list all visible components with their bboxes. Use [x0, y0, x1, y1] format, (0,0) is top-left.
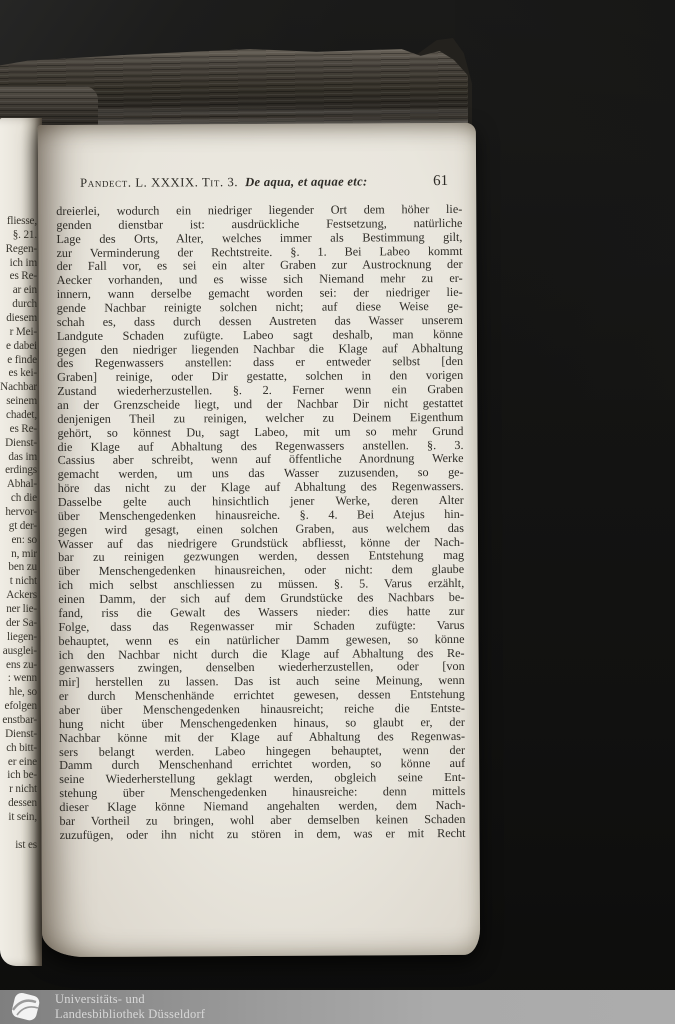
book-page: Pandect. L. XXXIX. Tit. 3. De aqua, et a… — [38, 123, 480, 957]
fragment-line: ch die — [0, 492, 42, 506]
fragment-line: durch — [0, 298, 42, 312]
fragment-line: Ackers — [0, 589, 42, 603]
fragment-line: e dabei — [0, 340, 42, 354]
fragment-line: ch bitt- — [0, 742, 42, 756]
fragment-line: ner lie- — [0, 603, 42, 617]
fragment-line: §. 21. — [0, 229, 42, 243]
page-body-text: dreierlei, wodurch ein niedriger liegend… — [56, 203, 465, 843]
fragment-line: erdings — [0, 464, 42, 478]
fragment-line: n, mir — [0, 548, 42, 562]
fragment-line: ben zu — [0, 561, 42, 575]
fragment-line: liegen- — [0, 631, 42, 645]
fragment-line: : wenn — [0, 672, 42, 686]
ulb-duesseldorf-logo-icon — [5, 991, 45, 1023]
fragment-line: ausglei- — [0, 645, 42, 659]
fragment-line: r nicht — [0, 783, 42, 797]
fragment-line: Nachbar — [0, 381, 42, 395]
fragment-line: ich be- — [0, 769, 42, 783]
running-header: Pandect. L. XXXIX. Tit. 3. De aqua, et a… — [80, 173, 462, 191]
watermark-line1: Universitäts- und — [55, 992, 205, 1007]
fragment-line: t nicht — [0, 575, 42, 589]
page-number: 61 — [433, 173, 462, 189]
fragment-line: das im — [0, 451, 42, 465]
fragment-line: ist es — [0, 839, 42, 853]
fragment-line: gt der- — [0, 520, 42, 534]
library-watermark-text: Universitäts- und Landesbibliothek Düsse… — [55, 992, 205, 1022]
library-watermark-bar: Universitäts- und Landesbibliothek Düsse… — [0, 990, 675, 1024]
fragment-line: Dienst- — [0, 728, 42, 742]
watermark-line2: Landesbibliothek Düsseldorf — [55, 1007, 205, 1022]
fragment-line: dessen — [0, 797, 42, 811]
previous-page-text-fragments: fliesse,§. 21.Regen-ich imes Re-ar eindu… — [0, 118, 42, 853]
fragment-line: chadet, — [0, 409, 42, 423]
fragment-line: es kei- — [0, 367, 42, 381]
fragment-line: diesem — [0, 312, 42, 326]
fragment-line: r Mei- — [0, 326, 42, 340]
fragment-line: efolgen — [0, 700, 42, 714]
running-title: Pandect. L. XXXIX. Tit. 3. — [80, 174, 238, 191]
fragment-line: enstbar- — [0, 714, 42, 728]
fragment-line: Regen- — [0, 243, 42, 257]
fragment-line: es Re- — [0, 423, 42, 437]
fragment-line — [0, 825, 42, 839]
fragment-line: en: so — [0, 534, 42, 548]
fragment-line: fliesse, — [0, 215, 42, 229]
fragment-line: hervor- — [0, 506, 42, 520]
fragment-line: ich im — [0, 257, 42, 271]
fragment-line: ens zu- — [0, 659, 42, 673]
previous-page-sliver: fliesse,§. 21.Regen-ich imes Re-ar eindu… — [0, 118, 42, 966]
fragment-line: es Re- — [0, 270, 42, 284]
fragment-line: der Sa- — [0, 617, 42, 631]
fragment-line: Abhal- — [0, 478, 42, 492]
scanned-book-viewer: fliesse,§. 21.Regen-ich imes Re-ar eindu… — [0, 0, 675, 1024]
fragment-line: er eine — [0, 756, 42, 770]
fragment-line: Dienst- — [0, 437, 42, 451]
fragment-line: seinem — [0, 395, 42, 409]
fragment-line: hle, so — [0, 686, 42, 700]
fragment-line: it sein, — [0, 811, 42, 825]
page-content: Pandect. L. XXXIX. Tit. 3. De aqua, et a… — [38, 123, 480, 843]
fragment-line: ar ein — [0, 284, 42, 298]
running-title-italic: De aqua, et aquae etc: — [245, 173, 367, 190]
body-line: zuzufügen, oder ihn nicht zu stören in d… — [60, 827, 466, 843]
fragment-line: e finde — [0, 354, 42, 368]
background-shade-topright — [455, 0, 675, 400]
